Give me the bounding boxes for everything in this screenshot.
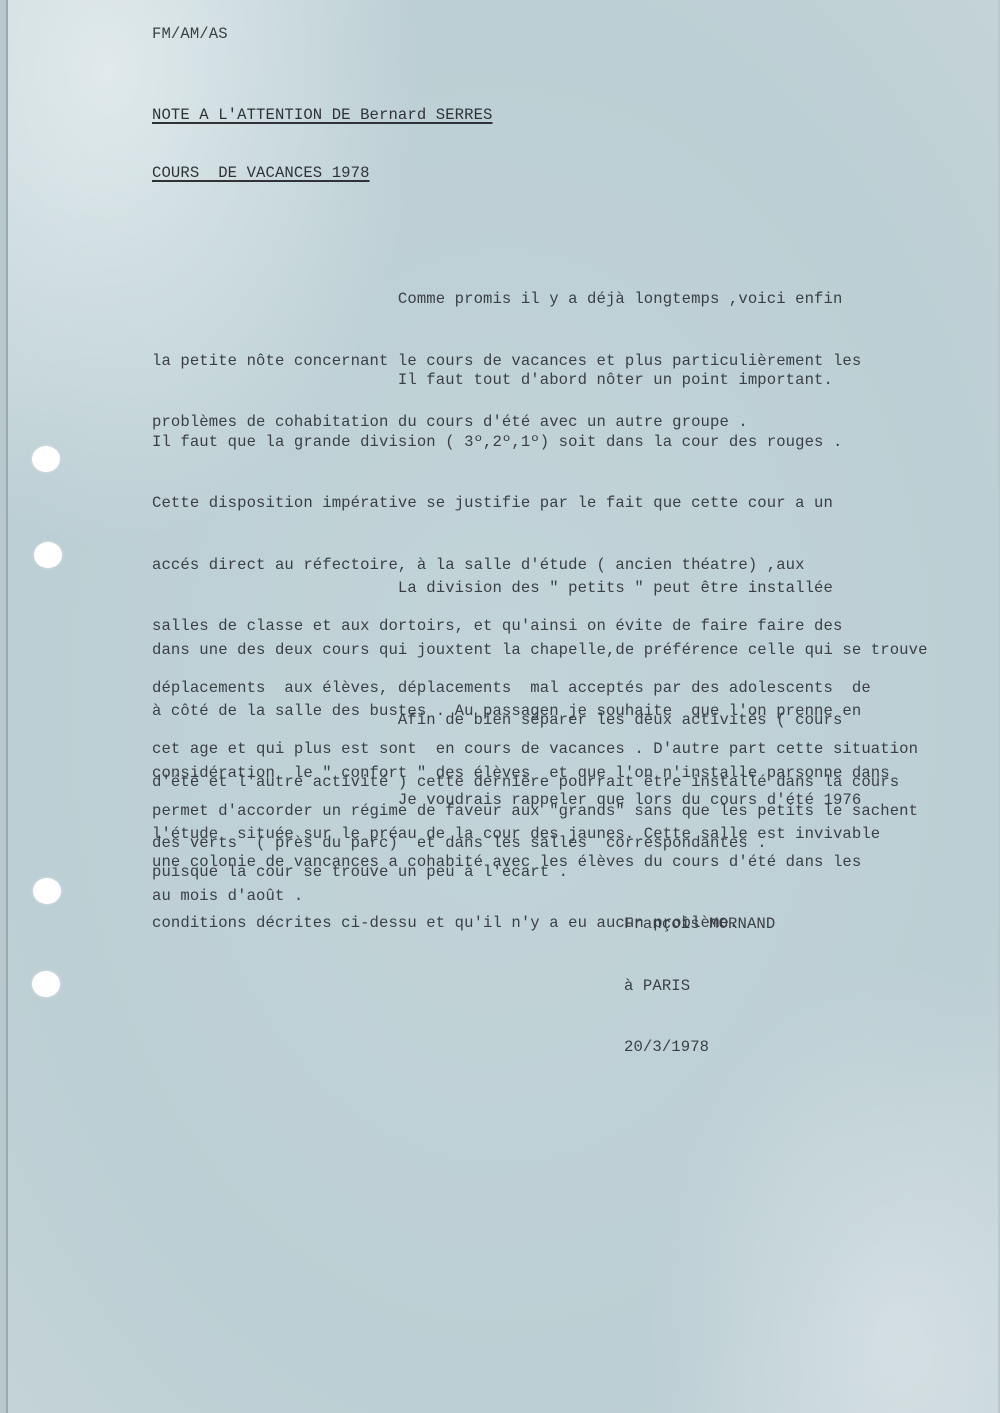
punch-hole	[32, 971, 60, 997]
text-line: Il faut tout d'abord nôter un point impo…	[152, 370, 918, 391]
reference-initials: FM/AM/AS	[152, 24, 228, 45]
addressee-heading: NOTE A L'ATTENTION DE Bernard SERRES	[152, 105, 492, 126]
text-line: Il faut que la grande division ( 3º,2º,1…	[152, 432, 918, 453]
subject-heading: COURS DE VACANCES 1978	[152, 163, 370, 184]
punch-hole	[33, 878, 61, 904]
text-line: Afin de bien séparer les deux activités …	[152, 710, 899, 731]
text-line: Je voudrais rappeler que lors du cours d…	[152, 790, 861, 811]
text-line: Cette disposition impérative se justifie…	[152, 493, 918, 514]
signature-place: à PARIS	[624, 976, 775, 997]
punch-hole	[34, 542, 62, 568]
signature-name: François MORNAND	[624, 914, 775, 935]
punch-hole	[32, 446, 60, 472]
text-line: Comme promis il y a déjà longtemps ,voic…	[152, 289, 861, 310]
text-line: une colonie de vancances a cohabité avec…	[152, 852, 861, 873]
text-line: La division des " petits " peut être ins…	[152, 578, 928, 599]
text-line: dans une des deux cours qui jouxtent la …	[152, 640, 928, 661]
signature-block: François MORNAND à PARIS 20/3/1978	[624, 873, 775, 1078]
signature-date: 20/3/1978	[624, 1037, 775, 1058]
